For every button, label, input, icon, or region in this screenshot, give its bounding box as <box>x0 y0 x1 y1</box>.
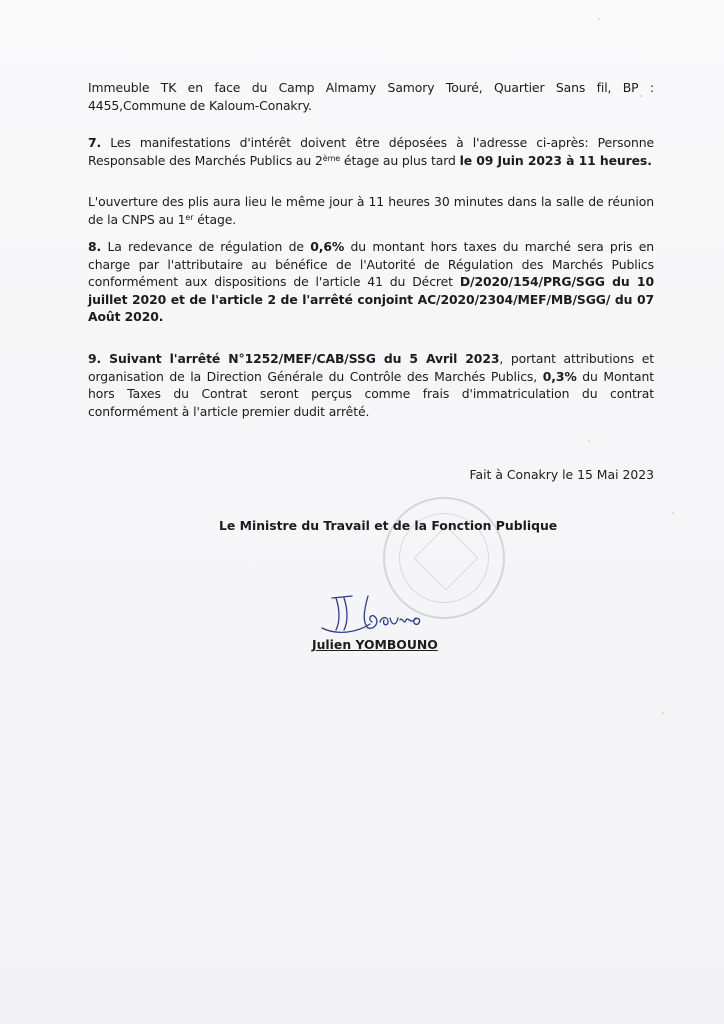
item-8-rate: 0,6% <box>310 239 344 254</box>
item-7-deadline: le 09 Juin 2023 à 11 heures. <box>460 153 652 168</box>
opening-text: L'ouverture des plis aura lieu le même j… <box>88 194 654 227</box>
document-page: Immeuble TK en face du Camp Almamy Samor… <box>0 0 724 1024</box>
item-9-intro: 9. Suivant l'arrêté N°1252/MEF/CAB/SSG d… <box>88 351 499 366</box>
item-8-paragraph: 8. La redevance de régulation de 0,6% du… <box>88 238 654 326</box>
item-7-text-middle: étage au plus tard <box>340 153 460 168</box>
place-date: Fait à Conakry le 15 Mai 2023 <box>470 467 654 482</box>
item-8-number: 8. <box>88 239 101 254</box>
signatory-title: Le Ministre du Travail et de la Fonction… <box>219 518 557 533</box>
item-7-paragraph: 7. Les manifestations d'intérêt doivent … <box>88 134 654 169</box>
opening-paragraph: L'ouverture des plis aura lieu le même j… <box>88 193 654 228</box>
opening-text-after: étage. <box>193 212 236 227</box>
paper-speck <box>588 440 590 442</box>
item-8-text: La redevance de régulation de <box>101 239 310 254</box>
paper-speck <box>662 712 664 714</box>
item-9-paragraph: 9. Suivant l'arrêté N°1252/MEF/CAB/SSG d… <box>88 350 654 420</box>
paper-speck <box>672 512 674 514</box>
item-9-rate: 0,3% <box>543 369 577 384</box>
paper-speck <box>598 18 600 20</box>
address-paragraph: Immeuble TK en face du Camp Almamy Samor… <box>88 79 654 114</box>
item-7-superscript: ème <box>323 154 340 163</box>
paper-speck <box>640 95 642 97</box>
signature-mark <box>318 590 428 636</box>
address-text: Immeuble TK en face du Camp Almamy Samor… <box>88 80 654 113</box>
item-7-number: 7. <box>88 135 101 150</box>
signer-name: Julien YOMBOUNO <box>312 637 438 652</box>
